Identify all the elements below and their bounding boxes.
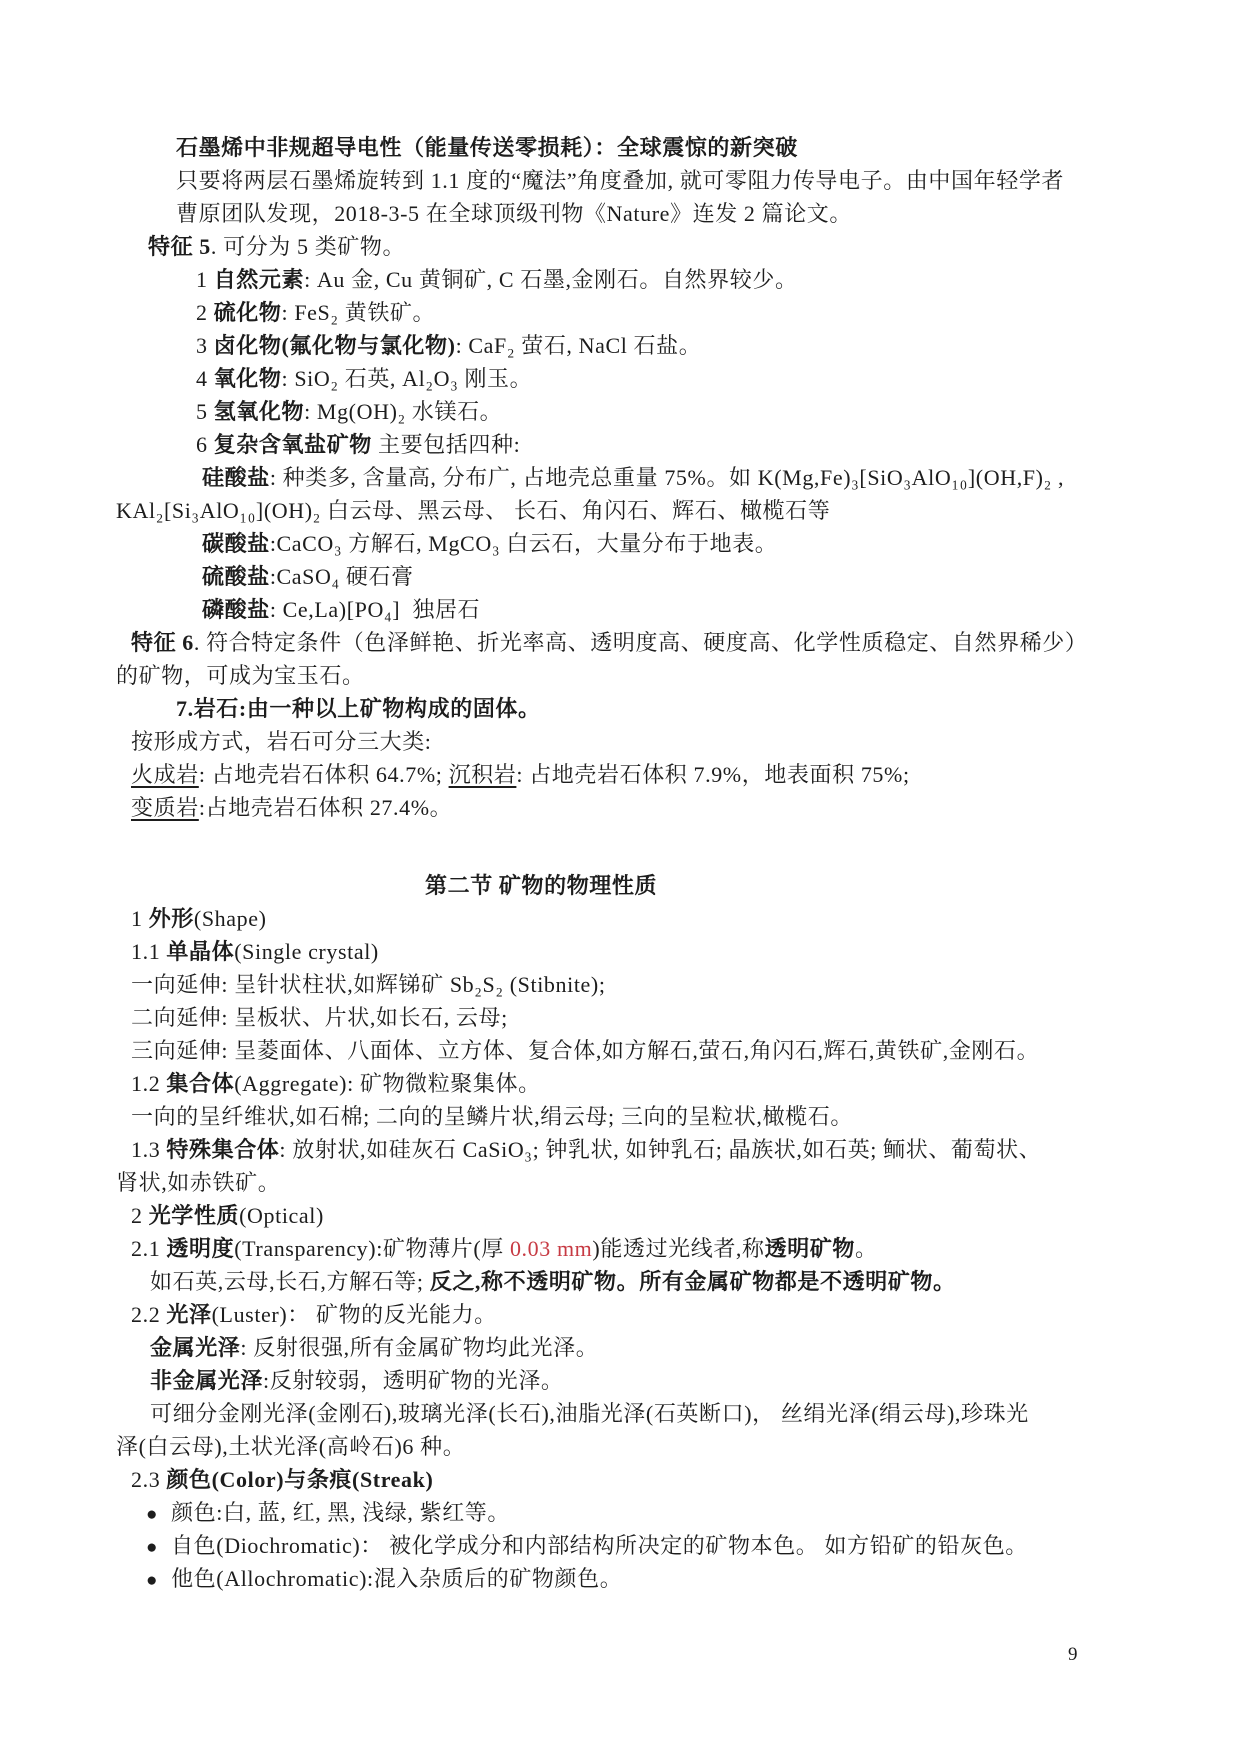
color-streak-heading: 2.3 颜色(Color)与条痕(Streak) [0, 1463, 1240, 1496]
text-run: 2 [196, 300, 214, 325]
silicate-line: 硅酸盐: 种类多, 含量高, 分布广, 占地壳总重量 75%。如 K(Mg,Fe… [0, 461, 1240, 494]
text-run: 三向延伸: 呈菱面体、八面体、立方体、复合体,如方解石,萤石,角闪石,辉石,黄铁… [131, 1038, 1039, 1063]
text-run: (Shape) [194, 906, 267, 931]
luster-types-continuation: 泽(白云母),土状光泽(高岭石)6 种。 [0, 1430, 1240, 1463]
text-run: 他色(Allochromatic):混入杂质后的矿物颜色。 [171, 1566, 622, 1591]
text-run: 2.2 [131, 1302, 166, 1327]
elongation-3d: 三向延伸: 呈菱面体、八面体、立方体、复合体,如方解石,萤石,角闪石,辉石,黄铁… [0, 1034, 1240, 1067]
text-run: 氢氧化物 [214, 399, 304, 424]
bullet-allochromatic: ●他色(Allochromatic):混入杂质后的矿物颜色。 [0, 1562, 1240, 1595]
bullet-icon: ● [146, 1570, 158, 1591]
mineral-class-2: 2 硫化物: FeS₂ 黄铁矿。 [0, 296, 1240, 329]
text-run: 非金属光泽 [150, 1368, 263, 1393]
text-run: 曹原团队发现，2018-3-5 在全球顶级刊物《Nature》连发 2 篇论文。 [176, 201, 852, 226]
text-run: 一向的呈纤维状,如石棉; 二向的呈鳞片状,绢云母; 三向的呈粒状,橄榄石。 [131, 1104, 853, 1129]
text-run: 1.3 [131, 1137, 166, 1162]
text-run: )能透过光线者,称 [592, 1236, 764, 1261]
transparency-continuation: 如石英,云母,长石,方解石等; 反之,称不透明矿物。所有金属矿物都是不透明矿物。 [0, 1265, 1240, 1298]
text-run: : 种类多, 含量高, 分布广, 占地壳总重量 75%。如 K(Mg,Fe)₃[… [270, 465, 1064, 490]
mineral-class-6: 6 复杂含氧盐矿物 主要包括四种: [0, 428, 1240, 461]
silicate-continuation: KAl₂[Si₃AlO₁₀](OH)₂ 白云母、黑云母、 长石、角闪石、辉石、橄… [0, 494, 1240, 527]
text-run: 光泽 [166, 1302, 211, 1327]
special-aggregate: 1.3 特殊集合体: 放射状,如硅灰石 CaSiO₃; 钟乳状, 如钟乳石; 晶… [0, 1133, 1240, 1166]
text-run: 颜色:白, 蓝, 红, 黑, 浅绿, 紫红等。 [171, 1500, 510, 1525]
text-run: 集合体 [166, 1071, 234, 1096]
bullet-icon: ● [146, 1537, 158, 1558]
text-run: 7.岩石:由一种以上矿物构成的固体。 [176, 696, 541, 721]
text-run: : Au 金, Cu 黄铜矿, C 石墨,金刚石。自然界较少。 [304, 267, 797, 292]
text-run: 1.2 [131, 1071, 166, 1096]
text-run: 自色(Diochromatic)： 被化学成分和内部结构所决定的矿物本色。 如方… [171, 1533, 1028, 1558]
text-run: 外形 [149, 906, 194, 931]
text-run: 5 [196, 399, 214, 424]
text-run: 颜色(Color)与条痕(Streak) [166, 1467, 433, 1492]
text-run: : 放射状,如硅灰石 CaSiO₃; 钟乳状, 如钟乳石; 晶族状,如石英; 鲕… [279, 1137, 1041, 1162]
feature-6-continuation: 的矿物，可成为宝玉石。 [0, 659, 1240, 692]
mineral-class-4: 4 氧化物: SiO₂ 石英, Al₂O₃ 刚玉。 [0, 362, 1240, 395]
text-run: 如石英,云母,长石,方解石等; [150, 1269, 430, 1294]
text-run: 火成岩 [131, 762, 199, 787]
text-run: 4 [196, 366, 214, 391]
text-run: :占地壳岩石体积 27.4%。 [199, 795, 452, 820]
text-run: 一向延伸: 呈针状柱状,如辉锑矿 Sb₂S₂ (Stibnite); [131, 972, 606, 997]
text-run: 6 [196, 432, 214, 457]
document-body: 石墨烯中非规超导电性（能量传送零损耗）：全球震惊的新突破只要将两层石墨烯旋转到 … [0, 131, 1240, 1595]
aggregate-heading: 1.2 集合体(Aggregate): 矿物微粒聚集体。 [0, 1067, 1240, 1100]
text-run: 硫化物 [214, 300, 282, 325]
text-run: 单晶体 [166, 939, 234, 964]
carbonate-line: 碳酸盐:CaCO₃ 方解石, MgCO₃ 白云石，大量分布于地表。 [0, 527, 1240, 560]
text-run: :CaCO₃ 方解石, MgCO₃ 白云石，大量分布于地表。 [270, 531, 778, 556]
text-run: 。 [855, 1236, 878, 1261]
text-run: 按形成方式，岩石可分三大类: [131, 729, 432, 754]
text-run: 石墨烯中非规超导电性（能量传送零损耗）：全球震惊的新突破 [176, 135, 798, 160]
luster-heading: 2.2 光泽(Luster)： 矿物的反光能力。 [0, 1298, 1240, 1331]
text-run: 透明度 [166, 1236, 234, 1261]
text-run: 只要将两层石墨烯旋转到 1.1 度的“魔法”角度叠加, 就可零阻力传导电子。由中… [176, 168, 1064, 193]
text-run: 硅酸盐 [202, 465, 270, 490]
feature-6: 特征 6. 符合特定条件（色泽鲜艳、折光率高、透明度高、硬度高、化学性质稳定、自… [0, 626, 1240, 659]
text-run: : 占地壳岩石体积 64.7%; [199, 762, 449, 787]
text-run: : 占地壳岩石体积 7.9%，地表面积 75%; [516, 762, 909, 787]
feature-5: 特征 5. 可分为 5 类矿物。 [0, 230, 1240, 263]
text-run: :反射较弱，透明矿物的光泽。 [263, 1368, 564, 1393]
text-run: 1.1 [131, 939, 166, 964]
text-run: 泽(白云母),土状光泽(高岭石)6 种。 [116, 1434, 465, 1459]
text-run: . 可分为 5 类矿物。 [211, 234, 405, 259]
mineral-class-1: 1 自然元素: Au 金, Cu 黄铜矿, C 石墨,金刚石。自然界较少。 [0, 263, 1240, 296]
optical-heading: 2 光学性质(Optical) [0, 1199, 1240, 1232]
graphene-title: 石墨烯中非规超导电性（能量传送零损耗）：全球震惊的新突破 [0, 131, 1240, 164]
text-run: (Aggregate): 矿物微粒聚集体。 [234, 1071, 541, 1096]
rock-definition: 7.岩石:由一种以上矿物构成的固体。 [0, 692, 1240, 725]
text-run: 沉积岩 [449, 762, 517, 787]
text-run: (Optical) [239, 1203, 324, 1228]
special-aggregate-continuation: 肾状,如赤铁矿。 [0, 1166, 1240, 1199]
luster-types: 可细分金刚光泽(金刚石),玻璃光泽(长石),油脂光泽(石英断口)， 丝绢光泽(绢… [0, 1397, 1240, 1430]
text-run: :CaSO₄ 硬石膏 [270, 564, 414, 589]
mineral-class-3: 3 卤化物(氟化物与氯化物): CaF₂ 萤石, NaCl 石盐。 [0, 329, 1240, 362]
text-run: 透明矿物 [765, 1236, 855, 1261]
text-run: 2 [131, 1203, 149, 1228]
text-run: . 符合特定条件（色泽鲜艳、折光率高、透明度高、硬度高、化学性质稳定、自然界稀少… [194, 630, 1088, 655]
text-run: : 反射很强,所有金属矿物均此光泽。 [240, 1335, 598, 1360]
text-run: 可细分金刚光泽(金刚石),玻璃光泽(长石),油脂光泽(石英断口)， 丝绢光泽(绢… [150, 1401, 1029, 1426]
text-run: 反之,称不透明矿物。所有金属矿物都是不透明矿物。 [430, 1269, 956, 1294]
bullet-idiochromatic: ●自色(Diochromatic)： 被化学成分和内部结构所决定的矿物本色。 如… [0, 1529, 1240, 1562]
single-crystal-heading: 1.1 单晶体(Single crystal) [0, 935, 1240, 968]
text-run: 光学性质 [149, 1203, 239, 1228]
text-run: 卤化物(氟化物与氯化物) [214, 333, 456, 358]
text-run: 第二节 矿物的物理性质 [425, 873, 657, 898]
text-run: 自然元素 [214, 267, 304, 292]
text-run: : FeS₂ 黄铁矿。 [282, 300, 436, 325]
bullet-icon: ● [146, 1504, 158, 1525]
text-run: (Single crystal) [234, 939, 379, 964]
text-run: 磷酸盐 [202, 597, 270, 622]
text-run: 0.03 mm [510, 1236, 592, 1261]
bullet-color: ●颜色:白, 蓝, 红, 黑, 浅绿, 紫红等。 [0, 1496, 1240, 1529]
mineral-class-5: 5 氢氧化物: Mg(OH)₂ 水镁石。 [0, 395, 1240, 428]
metamorphic-line: 变质岩:占地壳岩石体积 27.4%。 [0, 791, 1240, 824]
rock-classification-intro: 按形成方式，岩石可分三大类: [0, 725, 1240, 758]
text-run: : Mg(OH)₂ 水镁石。 [304, 399, 502, 424]
text-run: 肾状,如赤铁矿。 [116, 1170, 280, 1195]
shape-heading: 1 外形(Shape) [0, 902, 1240, 935]
text-run: 1 [131, 906, 149, 931]
text-run: 硫酸盐 [202, 564, 270, 589]
text-run: 二向延伸: 呈板状、片状,如长石, 云母; [131, 1005, 508, 1030]
graphene-body-2: 曹原团队发现，2018-3-5 在全球顶级刊物《Nature》连发 2 篇论文。 [0, 197, 1240, 230]
text-run: 特殊集合体 [166, 1137, 279, 1162]
graphene-body-1: 只要将两层石墨烯旋转到 1.1 度的“魔法”角度叠加, 就可零阻力传导电子。由中… [0, 164, 1240, 197]
elongation-2d: 二向延伸: 呈板状、片状,如长石, 云母; [0, 1001, 1240, 1034]
aggregate-detail: 一向的呈纤维状,如石棉; 二向的呈鳞片状,绢云母; 三向的呈粒状,橄榄石。 [0, 1100, 1240, 1133]
metallic-luster: 金属光泽: 反射很强,所有金属矿物均此光泽。 [0, 1331, 1240, 1364]
document-page: 石墨烯中非规超导电性（能量传送零损耗）：全球震惊的新突破只要将两层石墨烯旋转到 … [0, 0, 1240, 1754]
text-run: 主要包括四种: [372, 432, 520, 457]
text-run: : SiO₂ 石英, Al₂O₃ 刚玉。 [282, 366, 533, 391]
nonmetallic-luster: 非金属光泽:反射较弱，透明矿物的光泽。 [0, 1364, 1240, 1397]
text-run: 特征 6 [131, 630, 194, 655]
text-run: 变质岩 [131, 795, 199, 820]
section-2-heading: 第二节 矿物的物理性质 [0, 869, 1240, 902]
text-run: 特征 5 [148, 234, 211, 259]
transparency-line: 2.1 透明度(Transparency):矿物薄片(厚 0.03 mm)能透过… [0, 1232, 1240, 1265]
elongation-1d: 一向延伸: 呈针状柱状,如辉锑矿 Sb₂S₂ (Stibnite); [0, 968, 1240, 1001]
sulfate-line: 硫酸盐:CaSO₄ 硬石膏 [0, 560, 1240, 593]
page-number: 9 [1068, 1641, 1078, 1669]
text-run: 2.1 [131, 1236, 166, 1261]
text-run: 金属光泽 [150, 1335, 240, 1360]
phosphate-line: 磷酸盐: Ce,La)[PO₄] 独居石 [0, 593, 1240, 626]
text-run: 的矿物，可成为宝玉石。 [116, 663, 365, 688]
igneous-sedimentary-line: 火成岩: 占地壳岩石体积 64.7%; 沉积岩: 占地壳岩石体积 7.9%，地表… [0, 758, 1240, 791]
text-run: : Ce,La)[PO₄] 独居石 [270, 597, 480, 622]
text-run: (Luster)： 矿物的反光能力。 [212, 1302, 497, 1327]
text-run: 2.3 [131, 1467, 166, 1492]
text-run: : CaF₂ 萤石, NaCl 石盐。 [456, 333, 702, 358]
text-run: 氧化物 [214, 366, 282, 391]
text-run: 碳酸盐 [202, 531, 270, 556]
text-run: 1 [196, 267, 214, 292]
text-run: KAl₂[Si₃AlO₁₀](OH)₂ 白云母、黑云母、 长石、角闪石、辉石、橄… [116, 498, 830, 523]
text-run: 3 [196, 333, 214, 358]
text-run: (Transparency):矿物薄片(厚 [234, 1236, 510, 1261]
text-run: 复杂含氧盐矿物 [214, 432, 372, 457]
